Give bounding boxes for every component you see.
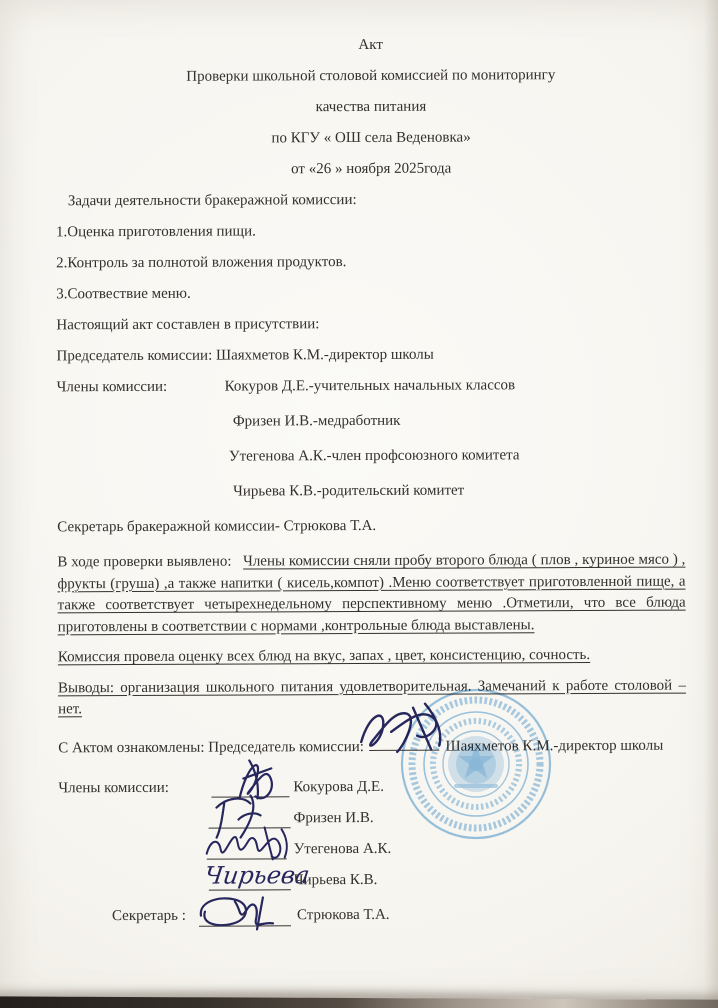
task-item-2: 2.Контроль за полнотой вложения продукто… [56,252,687,273]
members-row-1: Члены комиссии: Кокуров Д.Е.-учительных … [57,376,688,397]
member-2: Фризен И.В.-медработник [233,411,688,431]
members-label: Члены комиссии: [57,378,168,396]
autograph-chiryeva: Чирьева [205,859,295,893]
secretary-label: Секретарь : [112,906,186,924]
scanned-act-document: Акт Проверки школьной столовой комиссией… [0,0,718,1008]
scan-bottom-edge [0,996,718,1008]
signature-line-3 [207,844,287,859]
autograph-utegenova [203,823,293,863]
task-item-3: 3.Соотвествие меню. [56,283,687,304]
signature-name-3: Утегенова А.К. [294,839,392,857]
signature-members-label: Члены комиссии: [58,778,169,796]
tasks-heading: Задачи деятельности бракеражной комиссии… [56,190,687,211]
signature-row-1: Члены комиссии: Кокурова Д.Е. [58,768,689,802]
header-line-4: от «26 » ноября 2025года [56,159,687,180]
header-line-2: качества питания [55,97,686,118]
signature-row-3: Утегенова А.К. [59,830,690,864]
evaluation-line: Комиссия провела оценку всех блюд на вку… [58,645,686,669]
findings-paragraph: В ходе проверки выявлено: Члены комиссии… [57,550,685,639]
member-1: Кокуров Д.Е.-учительных начальных классо… [225,376,688,396]
secretary-line: Секретарь бракеражной комиссии- Стрюкова… [57,516,688,537]
chairman-signature-autograph [355,701,455,759]
signature-name-2: Фризен И.В. [293,808,373,826]
acknowledgement-prefix: С Актом ознакомлены: Председатель комисс… [58,738,364,755]
secretary-signature-line [199,911,291,926]
autograph-stryukova [193,893,289,933]
chairman-line: Председатель комиссии: Шаяхметов К.М.-ди… [56,345,687,366]
presence-line: Настоящий акт составлен в присутствии: [56,314,687,335]
secretary-signature-row: Секретарь : Стрюкова Т.А. [59,894,690,933]
signature-row-4: Чирьева Чирьева К.В. [59,861,690,895]
task-item-1: 1.Оценка приготовления пищи. [56,221,687,242]
signature-name-4: Чирьева К.В. [294,870,378,888]
document-body: Акт Проверки школьной столовой комиссией… [0,0,718,933]
header-line-1: Проверки школьной столовой комиссией по … [55,66,686,87]
secretary-name: Стрюкова Т.А. [297,905,390,923]
members-row-3: Утегенова А.К.-член профсоюзного комитет… [57,446,688,467]
signature-block: Члены комиссии: Кокурова Д.Е. Фризен И.В… [58,768,690,895]
chairman-signature-line [370,735,440,750]
findings-label: В ходе проверки выявлено: [57,554,231,571]
document-title: Акт [55,35,686,56]
header-line-3: по КГУ « ОШ села Веденовка» [56,128,687,149]
acknowledgement-row: С Актом ознакомлены: Председатель комисс… [58,734,689,757]
signature-name-1: Кокурова Д.Е. [293,777,384,795]
member-3: Утегенова А.К.-член профсоюзного комитет… [229,446,688,466]
members-row-2: Фризен И.В.-медработник [57,411,688,432]
signature-row-2: Фризен И.В. [58,799,689,833]
signature-line-4: Чирьева [209,875,291,890]
members-row-4: Чирьева К.В.-родительский комитет [57,481,688,502]
member-4: Чирьева К.В.-родительский комитет [233,481,688,501]
acknowledgement-chairman-name: Шаяхметов К.М.-директор школы [445,737,663,754]
